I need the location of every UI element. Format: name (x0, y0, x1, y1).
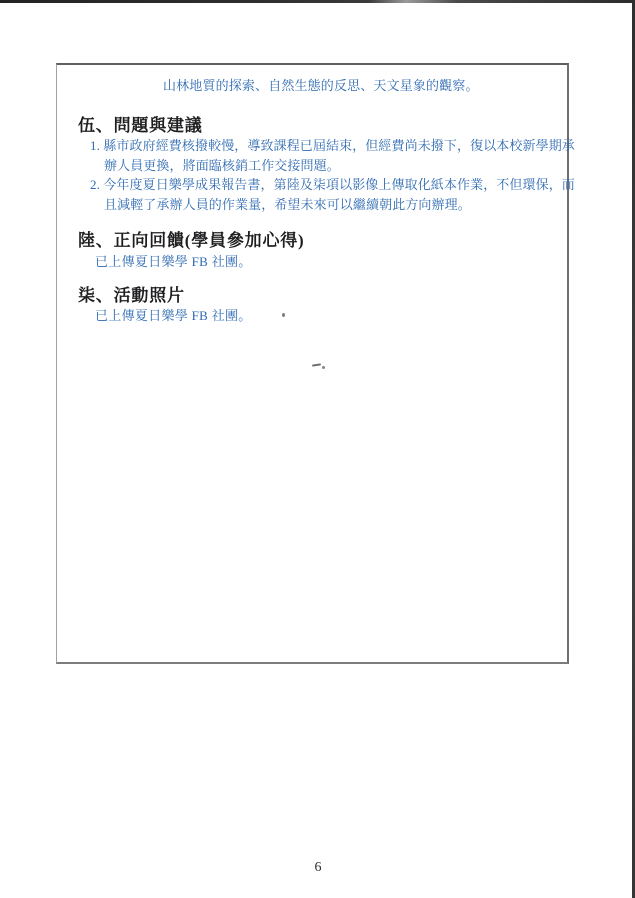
section-6-body-fb-note: 已上傳夏日樂學 FB 社團。 (95, 251, 252, 270)
section-heading-6-positive-feedback: 陸、正向回饋(學員參加心得) (78, 226, 305, 251)
numbered-item-1-line-1: 1. 縣市政府經費核撥較慢，導致課程已屆結束，但經費尚未撥下，復以本校新學期承 (90, 136, 575, 156)
scan-dust-speck (282, 313, 285, 317)
section-7-body-fb-note: 已上傳夏日樂學 FB 社團。 (95, 305, 252, 324)
numbered-item-2-line-1: 2. 今年度夏日樂學成果報告書，第陸及柒項以影像上傳取化紙本作業，不但環保，而 (90, 175, 575, 195)
numbered-item-2-line-2: 且減輕了承辦人員的作業量，希望未來可以繼續朝此方向辦理。 (104, 195, 575, 215)
numbered-item-2: 2. 今年度夏日樂學成果報告書，第陸及柒項以影像上傳取化紙本作業，不但環保，而 … (90, 175, 575, 214)
numbered-item-1-line-2: 辦人員更換，將面臨核銷工作交接問題。 (104, 156, 575, 176)
page-number: 6 (303, 860, 333, 876)
section-heading-7-activity-photos: 柒、活動照片 (78, 281, 185, 306)
scanned-document-page: 山林地質的探索、自然生態的反思、天文星象的觀察。 伍、問題與建議 1. 縣市政府… (0, 0, 635, 898)
scan-dust-speck (322, 366, 325, 369)
scan-edge-top (0, 0, 635, 3)
intro-continuation-line: 山林地質的探索、自然生態的反思、天文星象的觀察。 (163, 75, 479, 94)
numbered-item-1: 1. 縣市政府經費核撥較慢，導致課程已屆結束，但經費尚未撥下，復以本校新學期承 … (90, 136, 575, 175)
section-heading-5-problems-suggestions: 伍、問題與建議 (78, 111, 203, 136)
